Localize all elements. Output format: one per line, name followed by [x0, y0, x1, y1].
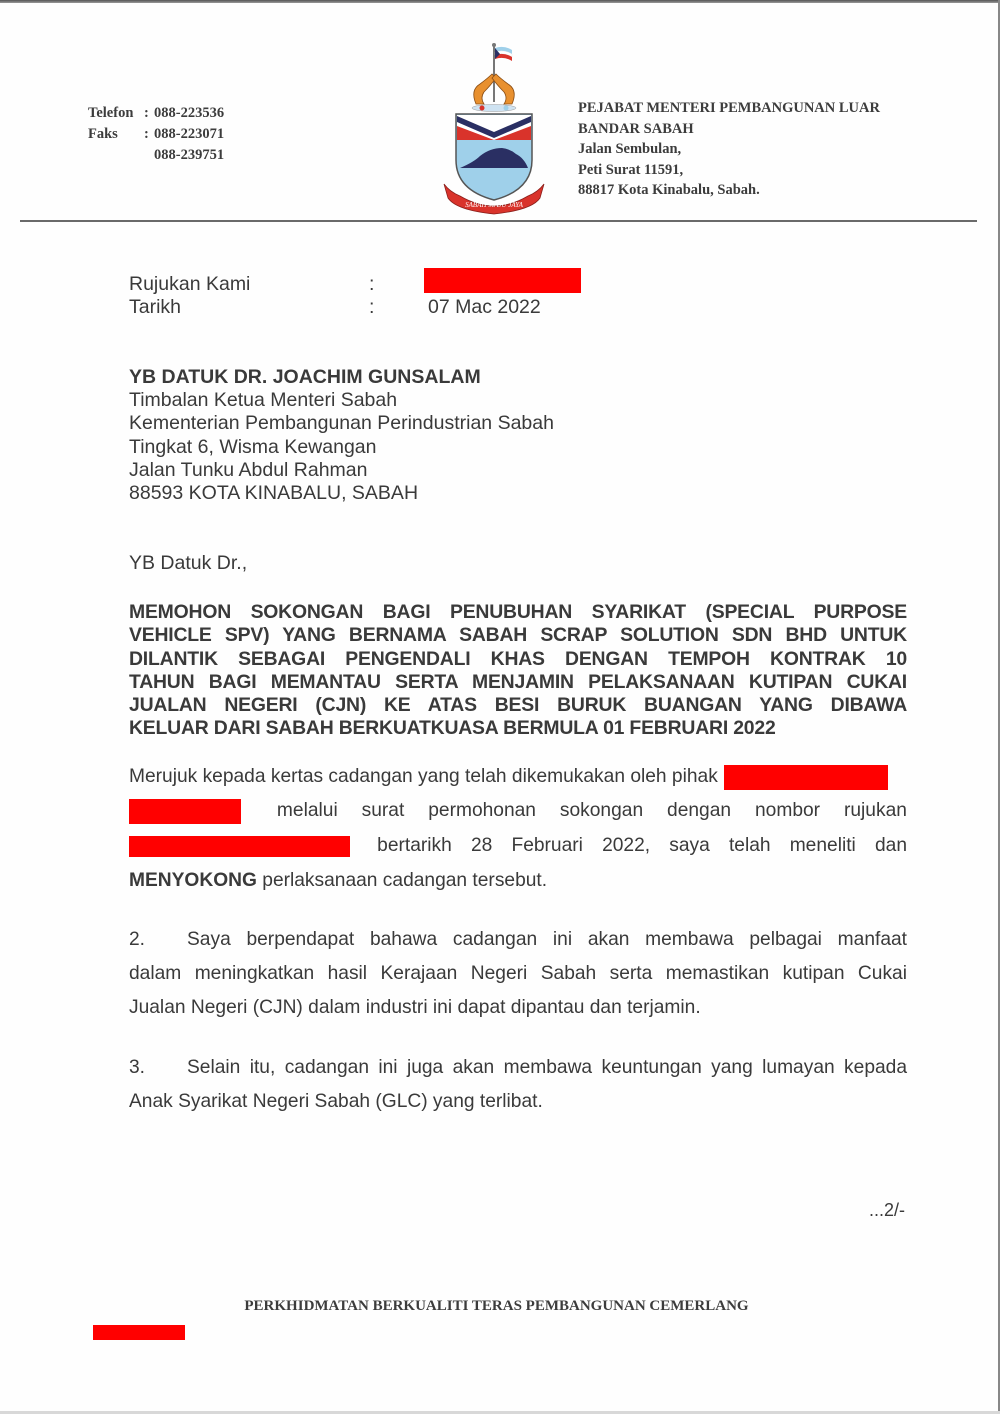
paragraph-word: nombor: [755, 800, 820, 822]
date-label: Tarikh: [129, 296, 369, 319]
recipient-line: Timbalan Ketua Menteri Sabah: [129, 389, 554, 412]
paragraph-word: melalui: [277, 800, 338, 822]
recipient-block: YB DATUK DR. JOACHIM GUNSALAM Timbalan K…: [129, 366, 554, 505]
paragraph-text: Saya berpendapat bahawa cadangan ini aka…: [187, 929, 907, 950]
redacted-footer: [93, 1325, 185, 1340]
paragraph-2: 2.Saya berpendapat bahawa cadangan ini a…: [129, 923, 907, 1025]
reference-row: Rujukan Kami :: [129, 273, 581, 296]
colon: :: [369, 273, 424, 296]
paragraph-number: 2.: [129, 923, 187, 957]
footer-motto: PERKHIDMATAN BERKUALITI TERAS PEMBANGUNA…: [0, 1298, 1000, 1315]
paragraph-word: Februari: [511, 835, 582, 857]
contact-block: Telefon : 088-223536 Faks : 088-223071 0…: [88, 103, 244, 166]
paragraph-text: Jualan Negeri (CJN) dalam industri ini d…: [129, 991, 907, 1025]
office-line: 88817 Kota Kinabalu, Sabah.: [578, 180, 880, 201]
subject-heading: MEMOHON SOKONGAN BAGI PENUBUHAN SYARIKAT…: [129, 601, 907, 741]
paragraph-word: bertarikh: [377, 835, 452, 857]
crest-motto: SABAH MAJU JAYA: [465, 201, 524, 209]
paragraph-1-line-2: melaluisuratpermohonansokongandengannomb…: [129, 799, 907, 823]
contact-label: Telefon: [88, 103, 144, 124]
subject-line: JUALAN NEGERI (CJN) KE ATAS BESI BURUK B…: [129, 694, 907, 717]
subject-line: MEMOHON SOKONGAN BAGI PENUBUHAN SYARIKAT…: [129, 601, 907, 624]
footer-motto-text: PERKHIDMATAN BERKUALITI TERAS PEMBANGUNA…: [244, 1298, 748, 1314]
colon: :: [369, 296, 424, 319]
emphasis-menyokong: MENYOKONG: [129, 870, 257, 892]
paragraph-word: rujukan: [844, 800, 907, 822]
contact-value: 088-223071: [154, 124, 244, 145]
office-line: Jalan Sembulan,: [578, 139, 880, 160]
paragraph-word: sokongan: [560, 800, 643, 822]
paragraph-word: telah: [729, 835, 771, 857]
paragraph-text: Merujuk kepada kertas cadangan yang tela…: [129, 766, 718, 788]
paragraph-word: saya: [669, 835, 710, 857]
recipient-line: Kementerian Pembangunan Perindustrian Sa…: [129, 412, 554, 435]
office-line: Peti Surat 11591,: [578, 160, 880, 181]
reference-label: Rujukan Kami: [129, 273, 369, 296]
contact-label: [88, 145, 144, 166]
contact-label: Faks: [88, 124, 144, 145]
redacted-party-name-cont: [129, 799, 241, 824]
colon: :: [144, 103, 154, 124]
paragraph-1-line-4: MENYOKONG perlaksanaan cadangan tersebut…: [129, 869, 907, 893]
subject-line: DILANTIK SEBAGAI PENGENDALI KHAS DENGAN …: [129, 648, 907, 671]
paragraph-word: 28: [471, 835, 492, 857]
page-continuation: ...2/-: [869, 1200, 905, 1221]
paragraph-word: permohonan: [428, 800, 536, 822]
paragraph-word: 2022,: [602, 835, 650, 857]
redacted-reference-number: [129, 836, 350, 857]
paragraph-1-line-3: bertarikh28Februari2022,sayatelahmenelit…: [129, 834, 907, 858]
contact-value: 088-239751: [154, 145, 244, 166]
sabah-coat-of-arms-icon: SABAH MAJU JAYA: [440, 40, 550, 215]
date-value: 07 Mac 2022: [428, 296, 541, 319]
recipient-line: Tingkat 6, Wisma Kewangan: [129, 436, 554, 459]
date-row: Tarikh : 07 Mac 2022: [129, 296, 581, 319]
reference-block: Rujukan Kami : Tarikh : 07 Mac 2022: [129, 273, 581, 319]
salutation: YB Datuk Dr.,: [129, 552, 247, 575]
contact-faks: Faks : 088-223071: [88, 124, 244, 145]
paragraph-word: meneliti: [790, 835, 856, 857]
scan-top-edge: [0, 0, 1000, 3]
office-line: PEJABAT MENTERI PEMBANGUNAN LUAR: [578, 98, 880, 119]
paragraph-text: perlaksanaan cadangan tersebut.: [257, 870, 547, 892]
paragraph-1-line-1: Merujuk kepada kertas cadangan yang tela…: [129, 765, 907, 789]
paragraph-text: dalam meningkatkan hasil Kerajaan Negeri…: [129, 957, 907, 991]
recipient-line: 88593 KOTA KINABALU, SABAH: [129, 482, 554, 505]
colon: :: [144, 124, 154, 145]
subject-line: KELUAR DARI SABAH BERKUATKUASA BERMULA 0…: [129, 717, 907, 740]
office-line: BANDAR SABAH: [578, 119, 880, 140]
paragraph-word: dan: [875, 835, 907, 857]
paragraph-word: dengan: [667, 800, 731, 822]
letter-page: Telefon : 088-223536 Faks : 088-223071 0…: [0, 0, 1000, 1414]
paragraph-text: Selain itu, cadangan ini juga akan memba…: [187, 1057, 907, 1078]
paragraph-2-line-1: 2.Saya berpendapat bahawa cadangan ini a…: [129, 923, 907, 957]
contact-value: 088-223536: [154, 103, 244, 124]
paragraph-3: 3.Selain itu, cadangan ini juga akan mem…: [129, 1051, 907, 1119]
recipient-name: YB DATUK DR. JOACHIM GUNSALAM: [129, 366, 554, 389]
header-divider: [20, 220, 977, 222]
subject-line: VEHICLE SPV) YANG BERNAMA SABAH SCRAP SO…: [129, 624, 907, 647]
redacted-party-name: [724, 765, 888, 790]
paragraph-number: 3.: [129, 1051, 187, 1085]
subject-line: TAHUN BAGI MEMANTAU SERTA MENJAMIN PELAK…: [129, 671, 907, 694]
office-address: PEJABAT MENTERI PEMBANGUNAN LUAR BANDAR …: [578, 98, 880, 201]
redacted-reference-number: [424, 268, 581, 293]
paragraph-3-line-1: 3.Selain itu, cadangan ini juga akan mem…: [129, 1051, 907, 1085]
contact-telefon: Telefon : 088-223536: [88, 103, 244, 124]
paragraph-text: Anak Syarikat Negeri Sabah (GLC) yang te…: [129, 1085, 907, 1119]
paragraph-word: surat: [362, 800, 405, 822]
contact-faks-2: 088-239751: [88, 145, 244, 166]
recipient-line: Jalan Tunku Abdul Rahman: [129, 459, 554, 482]
